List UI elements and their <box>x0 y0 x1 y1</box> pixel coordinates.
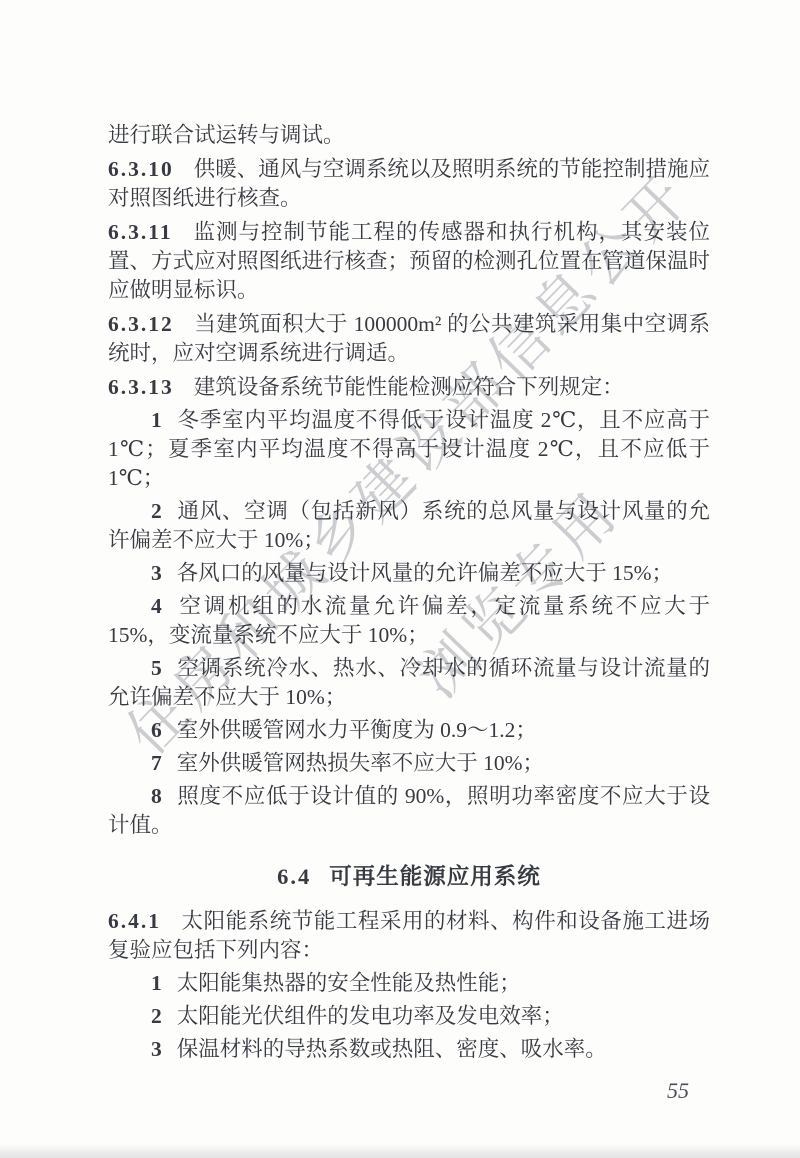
paragraph-text: 室外供暖管网热损失率不应大于 10%； <box>177 751 544 775</box>
item-number: 1 <box>151 971 162 995</box>
list-item: 5空调系统冷水、热水、冷却水的循环流量与设计流量的允许偏差不应大于 10%； <box>108 654 710 712</box>
item-number: 2 <box>151 1004 162 1028</box>
list-item: 3保温材料的导热系数或热阻、密度、吸水率。 <box>108 1035 710 1064</box>
item-number: 5 <box>151 656 162 680</box>
item-number: 8 <box>151 784 162 808</box>
list-item: 2通风、空调（包括新风）系统的总风量与设计风量的允许偏差不应大于 10%； <box>108 497 710 555</box>
paragraph-text: 空调系统冷水、热水、冷却水的循环流量与设计流量的允许偏差不应大于 10%； <box>108 656 710 709</box>
clause-number: 6.3.10 <box>108 157 174 181</box>
item-number: 3 <box>151 561 162 585</box>
paragraph-text: 冬季室内平均温度不得低于设计温度 2℃，且不应高于 1℃；夏季室内平均温度不得高… <box>108 408 710 490</box>
paragraph-text: 进行联合试运转与调试。 <box>108 123 345 147</box>
clause-paragraph: 6.3.10供暖、通风与空调系统以及照明系统的节能控制措施应对照图纸进行核查。 <box>108 155 710 213</box>
paragraph-text: 各风口的风量与设计风量的允许偏差不应大于 15%； <box>177 561 673 585</box>
clause-number: 6.3.13 <box>108 375 174 399</box>
paragraph-text: 当建筑面积大于 100000m² 的公共建筑采用集中空调系统时，应对空调系统进行… <box>108 312 710 365</box>
clause-number: 6.3.11 <box>108 220 173 244</box>
paragraph-text: 保温材料的导热系数或热阻、密度、吸水率。 <box>177 1037 607 1061</box>
paragraph-text: 照度不应低于设计值的 90%，照明功率密度不应大于设计值。 <box>108 784 710 837</box>
list-item: 8照度不应低于设计值的 90%，照明功率密度不应大于设计值。 <box>108 782 710 840</box>
page-content: 进行联合试运转与调试。 6.3.10供暖、通风与空调系统以及照明系统的节能控制措… <box>0 0 800 1064</box>
paragraph-text: 太阳能光伏组件的发电功率及发电效率； <box>177 1004 564 1028</box>
paragraph-text: 太阳能集热器的安全性能及热性能； <box>177 971 521 995</box>
list-item: 6室外供暖管网水力平衡度为 0.9～1.2； <box>108 716 710 745</box>
paragraph-text: 室外供暖管网水力平衡度为 0.9～1.2； <box>177 718 537 742</box>
item-number: 2 <box>151 499 162 523</box>
list-item: 4空调机组的水流量允许偏差，定流量系统不应大于 15%，变流量系统不应大于 10… <box>108 592 710 650</box>
scan-edge-shading <box>0 1144 800 1158</box>
clause-paragraph: 6.4.1太阳能系统节能工程采用的材料、构件和设备施工进场复验应包括下列内容： <box>108 907 710 965</box>
clause-paragraph: 6.3.13建筑设备系统节能性能检测应符合下列规定： <box>108 373 710 402</box>
list-item: 1太阳能集热器的安全性能及热性能； <box>108 969 710 998</box>
paragraph-text: 建筑设备系统节能性能检测应符合下列规定： <box>194 375 624 399</box>
item-number: 4 <box>151 594 162 618</box>
page-number: 55 <box>648 1078 708 1104</box>
document-page: 住房和城乡建设部信息公开 浏览专用 进行联合试运转与调试。 6.3.10供暖、通… <box>0 0 800 1158</box>
item-number: 1 <box>151 408 162 432</box>
clause-paragraph: 6.3.12当建筑面积大于 100000m² 的公共建筑采用集中空调系统时，应对… <box>108 310 710 368</box>
paragraph-text: 供暖、通风与空调系统以及照明系统的节能控制措施应对照图纸进行核查。 <box>108 157 710 210</box>
clause-number: 6.3.12 <box>108 312 174 336</box>
list-item: 7室外供暖管网热损失率不应大于 10%； <box>108 749 710 778</box>
paragraph-text: 空调机组的水流量允许偏差，定流量系统不应大于 15%，变流量系统不应大于 10%… <box>108 594 710 647</box>
paragraph-text: 监测与控制节能工程的传感器和执行机构，其安装位置、方式应对照图纸进行核查；预留的… <box>108 220 710 302</box>
section-title: 可再生能源应用系统 <box>329 864 541 889</box>
list-item: 1冬季室内平均温度不得低于设计温度 2℃，且不应高于 1℃；夏季室内平均温度不得… <box>108 406 710 493</box>
paragraph-text: 太阳能系统节能工程采用的材料、构件和设备施工进场复验应包括下列内容： <box>108 909 710 962</box>
item-number: 3 <box>151 1037 162 1061</box>
body-paragraph: 进行联合试运转与调试。 <box>108 121 710 150</box>
section-number: 6.4 <box>277 864 311 889</box>
item-number: 7 <box>151 751 162 775</box>
list-item: 3各风口的风量与设计风量的允许偏差不应大于 15%； <box>108 559 710 588</box>
clause-paragraph: 6.3.11监测与控制节能工程的传感器和执行机构，其安装位置、方式应对照图纸进行… <box>108 218 710 305</box>
list-item: 2太阳能光伏组件的发电功率及发电效率； <box>108 1002 710 1031</box>
clause-number: 6.4.1 <box>108 909 161 933</box>
item-number: 6 <box>151 718 162 742</box>
paragraph-text: 通风、空调（包括新风）系统的总风量与设计风量的允许偏差不应大于 10%； <box>108 499 710 552</box>
section-heading: 6.4可再生能源应用系统 <box>108 862 710 891</box>
